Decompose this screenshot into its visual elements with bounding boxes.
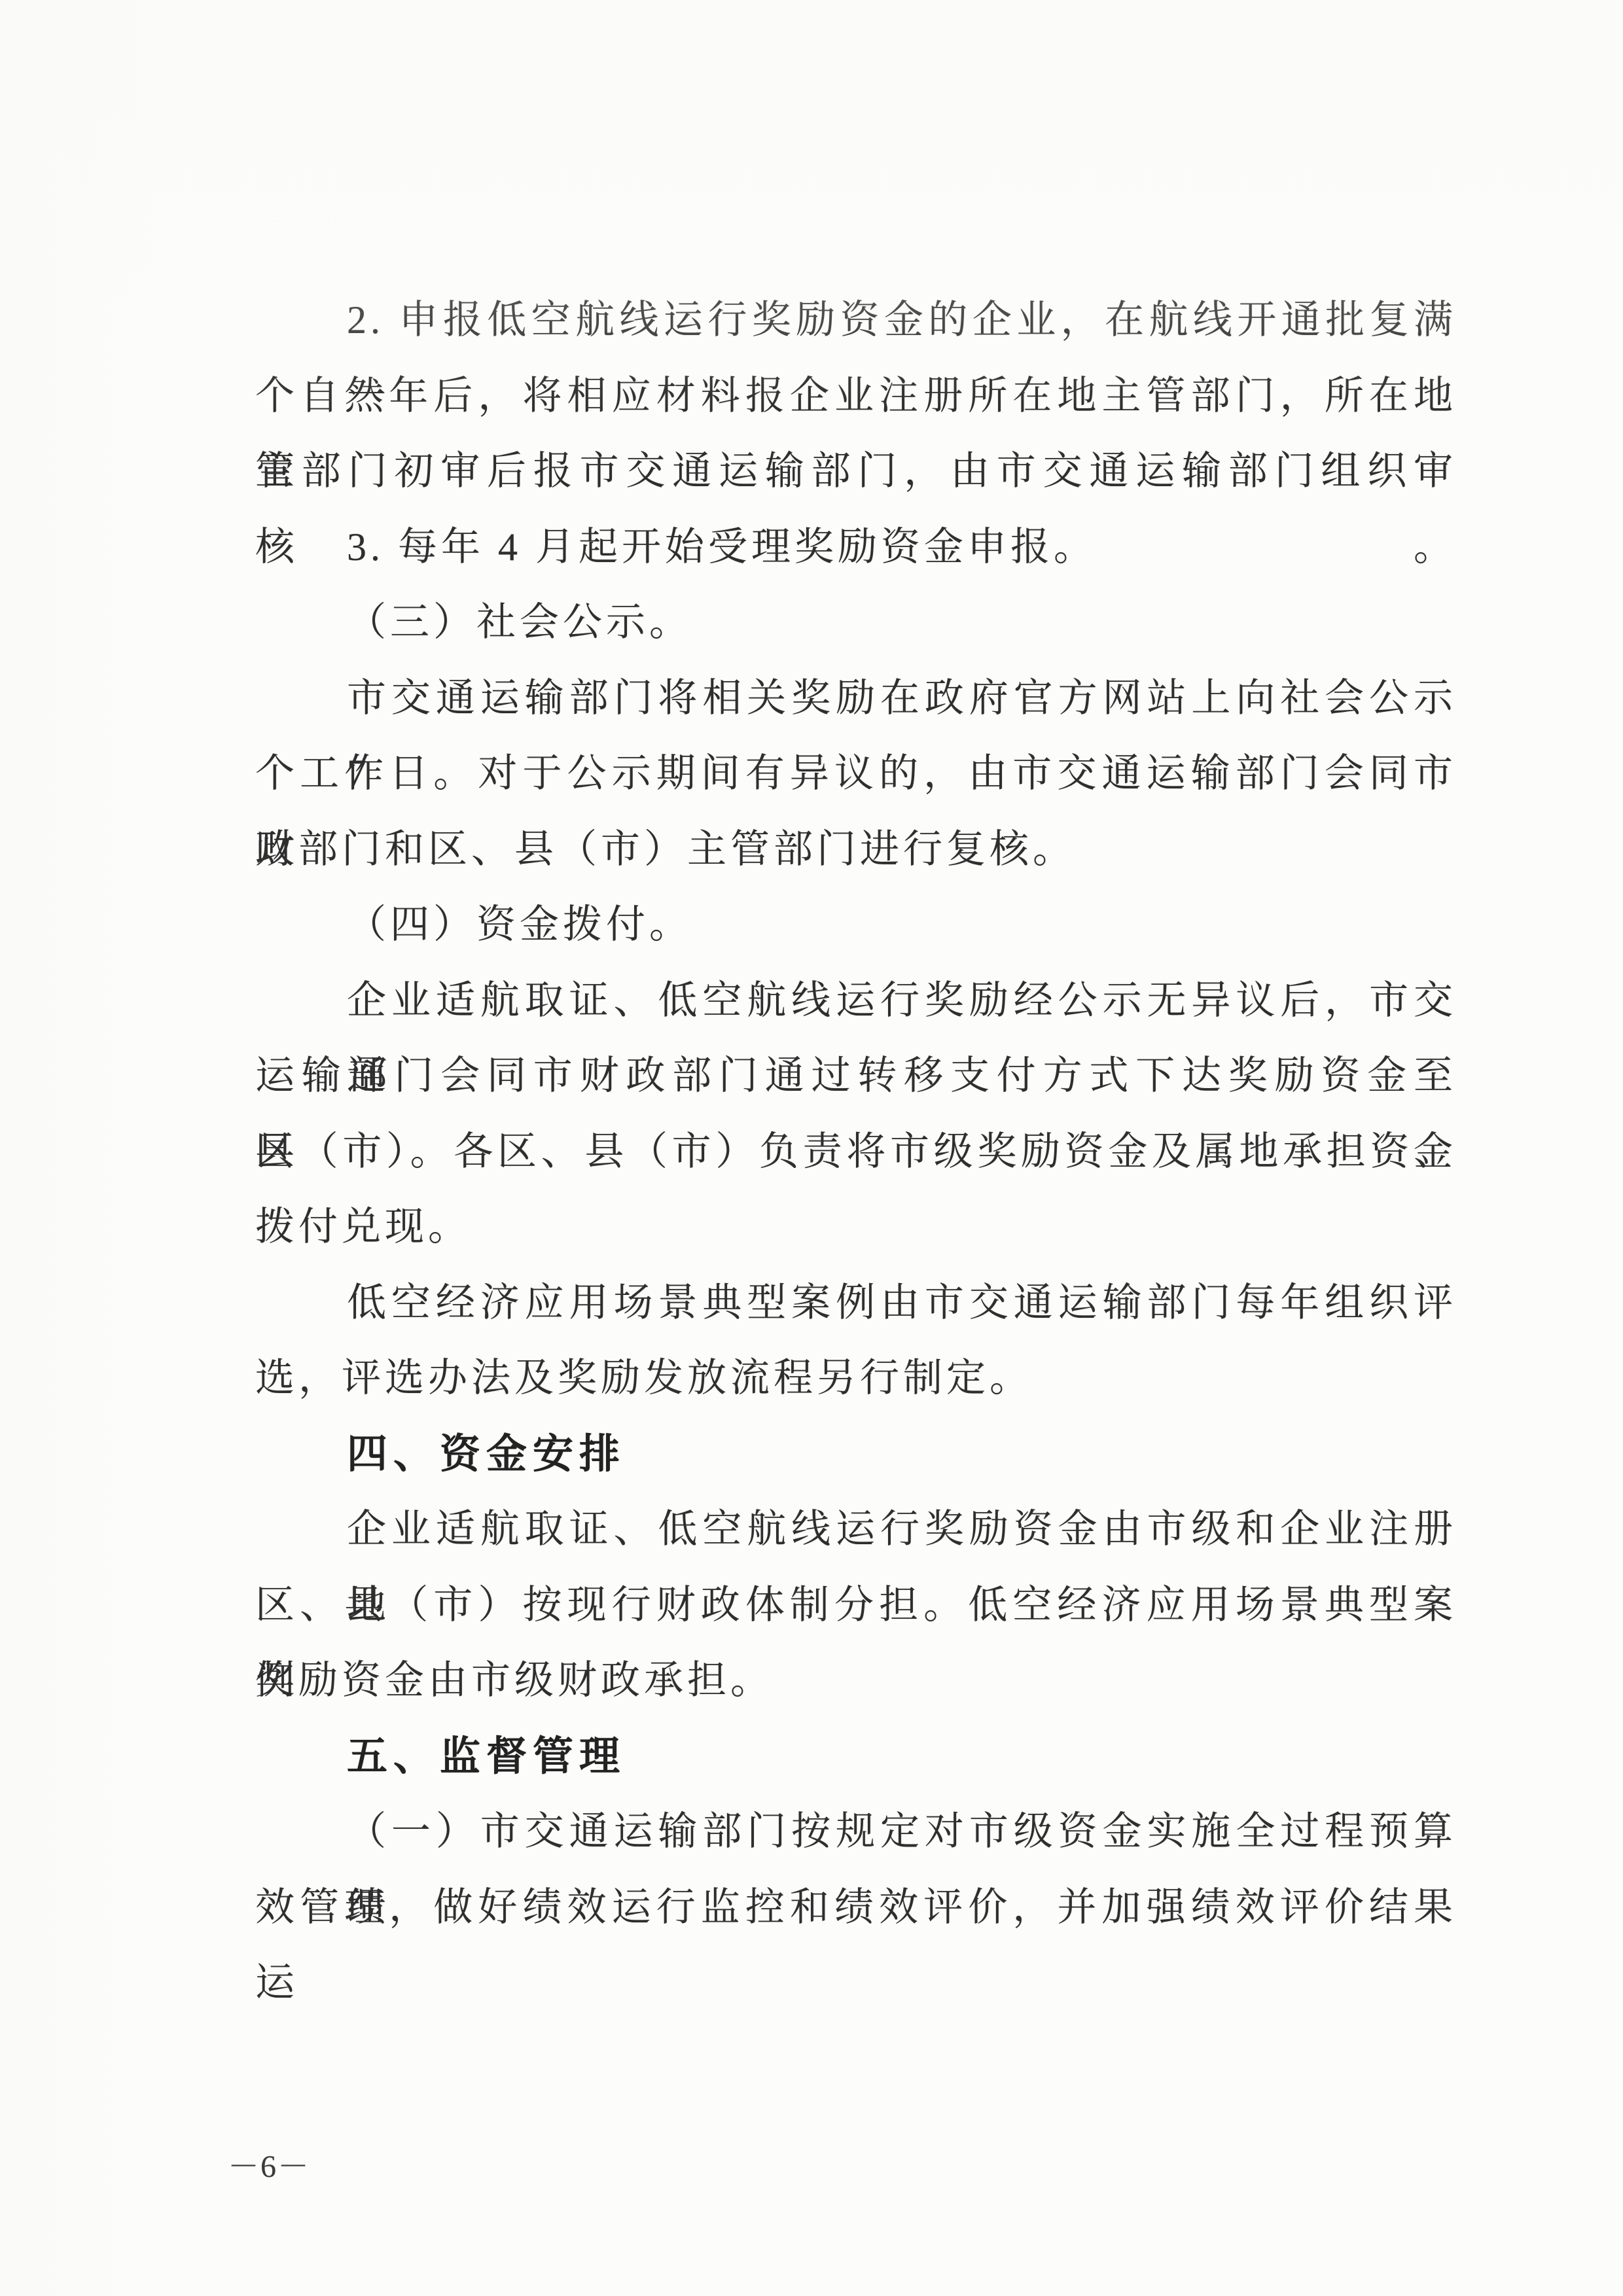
text-line: 个工作日。对于公示期间有异议的，由市交通运输部门会同市财 [255,736,1457,812]
section-heading: 四、资金安排 [255,1417,1457,1492]
text-line: 奖励资金由市级财政承担。 [255,1643,1457,1719]
text-line: 2. 申报低空航线运行奖励资金的企业，在航线开通批复满一 [255,283,1457,359]
section-heading: 五、监督管理 [255,1719,1457,1795]
text-line: 效管理，做好绩效运行监控和绩效评价，并加强绩效评价结果运 [255,1870,1457,1946]
text-line: 低空经济应用场景典型案例由市交通运输部门每年组织评 [255,1265,1457,1341]
text-line: 选，评选办法及奖励发放流程另行制定。 [255,1341,1457,1417]
scanned-document-page: 2. 申报低空航线运行奖励资金的企业，在航线开通批复满一个自然年后，将相应材料报… [0,0,1623,2296]
text-line: （一）市交通运输部门按规定对市级资金实施全过程预算绩 [255,1794,1457,1870]
text-line: 管部门初审后报市交通运输部门，由市交通运输部门组织审核。 [255,434,1457,510]
text-line: 企业适航取证、低空航线运行奖励资金由市级和企业注册地 [255,1492,1457,1568]
text-line: （四）资金拨付。 [255,887,1457,963]
text-line: 县（市）。各区、县（市）负责将市级奖励资金及属地承担资金 [255,1114,1457,1190]
text-line: 政部门和区、县（市）主管部门进行复核。 [255,812,1457,888]
text-line: 企业适航取证、低空航线运行奖励经公示无异议后，市交通 [255,963,1457,1039]
text-line: 市交通运输部门将相关奖励在政府官方网站上向社会公示 7 [255,661,1457,737]
text-line: 拨付兑现。 [255,1190,1457,1265]
text-line: 个自然年后，将相应材料报企业注册所在地主管部门，所在地主 [255,359,1457,434]
text-line: （三）社会公示。 [255,585,1457,661]
text-line: 区、县（市）按现行财政体制分担。低空经济应用场景典型案例 [255,1568,1457,1644]
document-body: 2. 申报低空航线运行奖励资金的企业，在航线开通批复满一个自然年后，将相应材料报… [255,283,1457,1945]
page-number: －6－ [228,2141,310,2186]
text-line: 运输部门会同市财政部门通过转移支付方式下达奖励资金至区、 [255,1038,1457,1114]
